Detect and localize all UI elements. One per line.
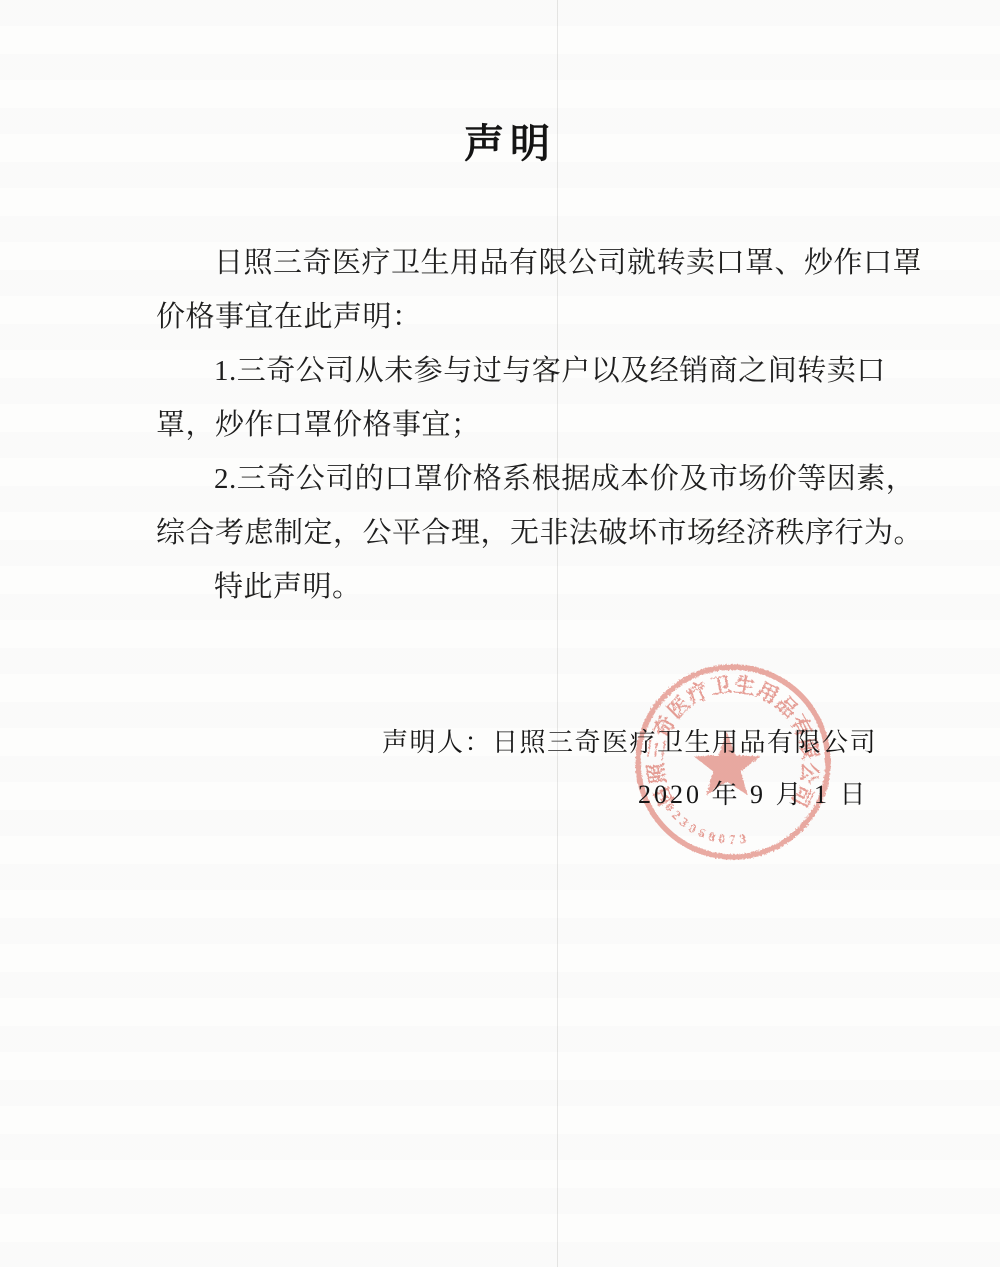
- text-line: 价格事宜在此声明：: [156, 290, 916, 344]
- text-line: 日照三奇医疗卫生用品有限公司就转卖口罩、炒作口罩: [156, 236, 916, 290]
- body-text: 日照三奇医疗卫生用品有限公司就转卖口罩、炒作口罩 价格事宜在此声明： 1.三奇公…: [156, 236, 916, 614]
- scan-crease-line: [557, 0, 558, 1267]
- text-line: 罩，炒作口罩价格事宜；: [156, 398, 916, 452]
- page-title: 声明: [0, 112, 1000, 169]
- text-line: 综合考虑制定，公平合理，无非法破坏市场经济秩序行为。: [156, 506, 916, 560]
- text-line: 1.三奇公司从未参与过与客户以及经销商之间转卖口: [156, 344, 916, 398]
- document-page: 声明 日照三奇医疗卫生用品有限公司就转卖口罩、炒作口罩 价格事宜在此声明： 1.…: [0, 0, 1000, 1267]
- text-line: 特此声明。: [156, 560, 916, 614]
- scan-bleedthrough-texture: [0, 0, 1000, 1267]
- date-line: 2020 年 9 月 1 日: [638, 774, 869, 811]
- company-seal: 日照三奇医疗卫生用品有限公司 1023060073: [628, 657, 838, 867]
- signature-line: 声明人：日照三奇医疗卫生用品有限公司: [382, 722, 877, 759]
- text-line: 2.三奇公司的口罩价格系根据成本价及市场价等因素，: [156, 452, 916, 506]
